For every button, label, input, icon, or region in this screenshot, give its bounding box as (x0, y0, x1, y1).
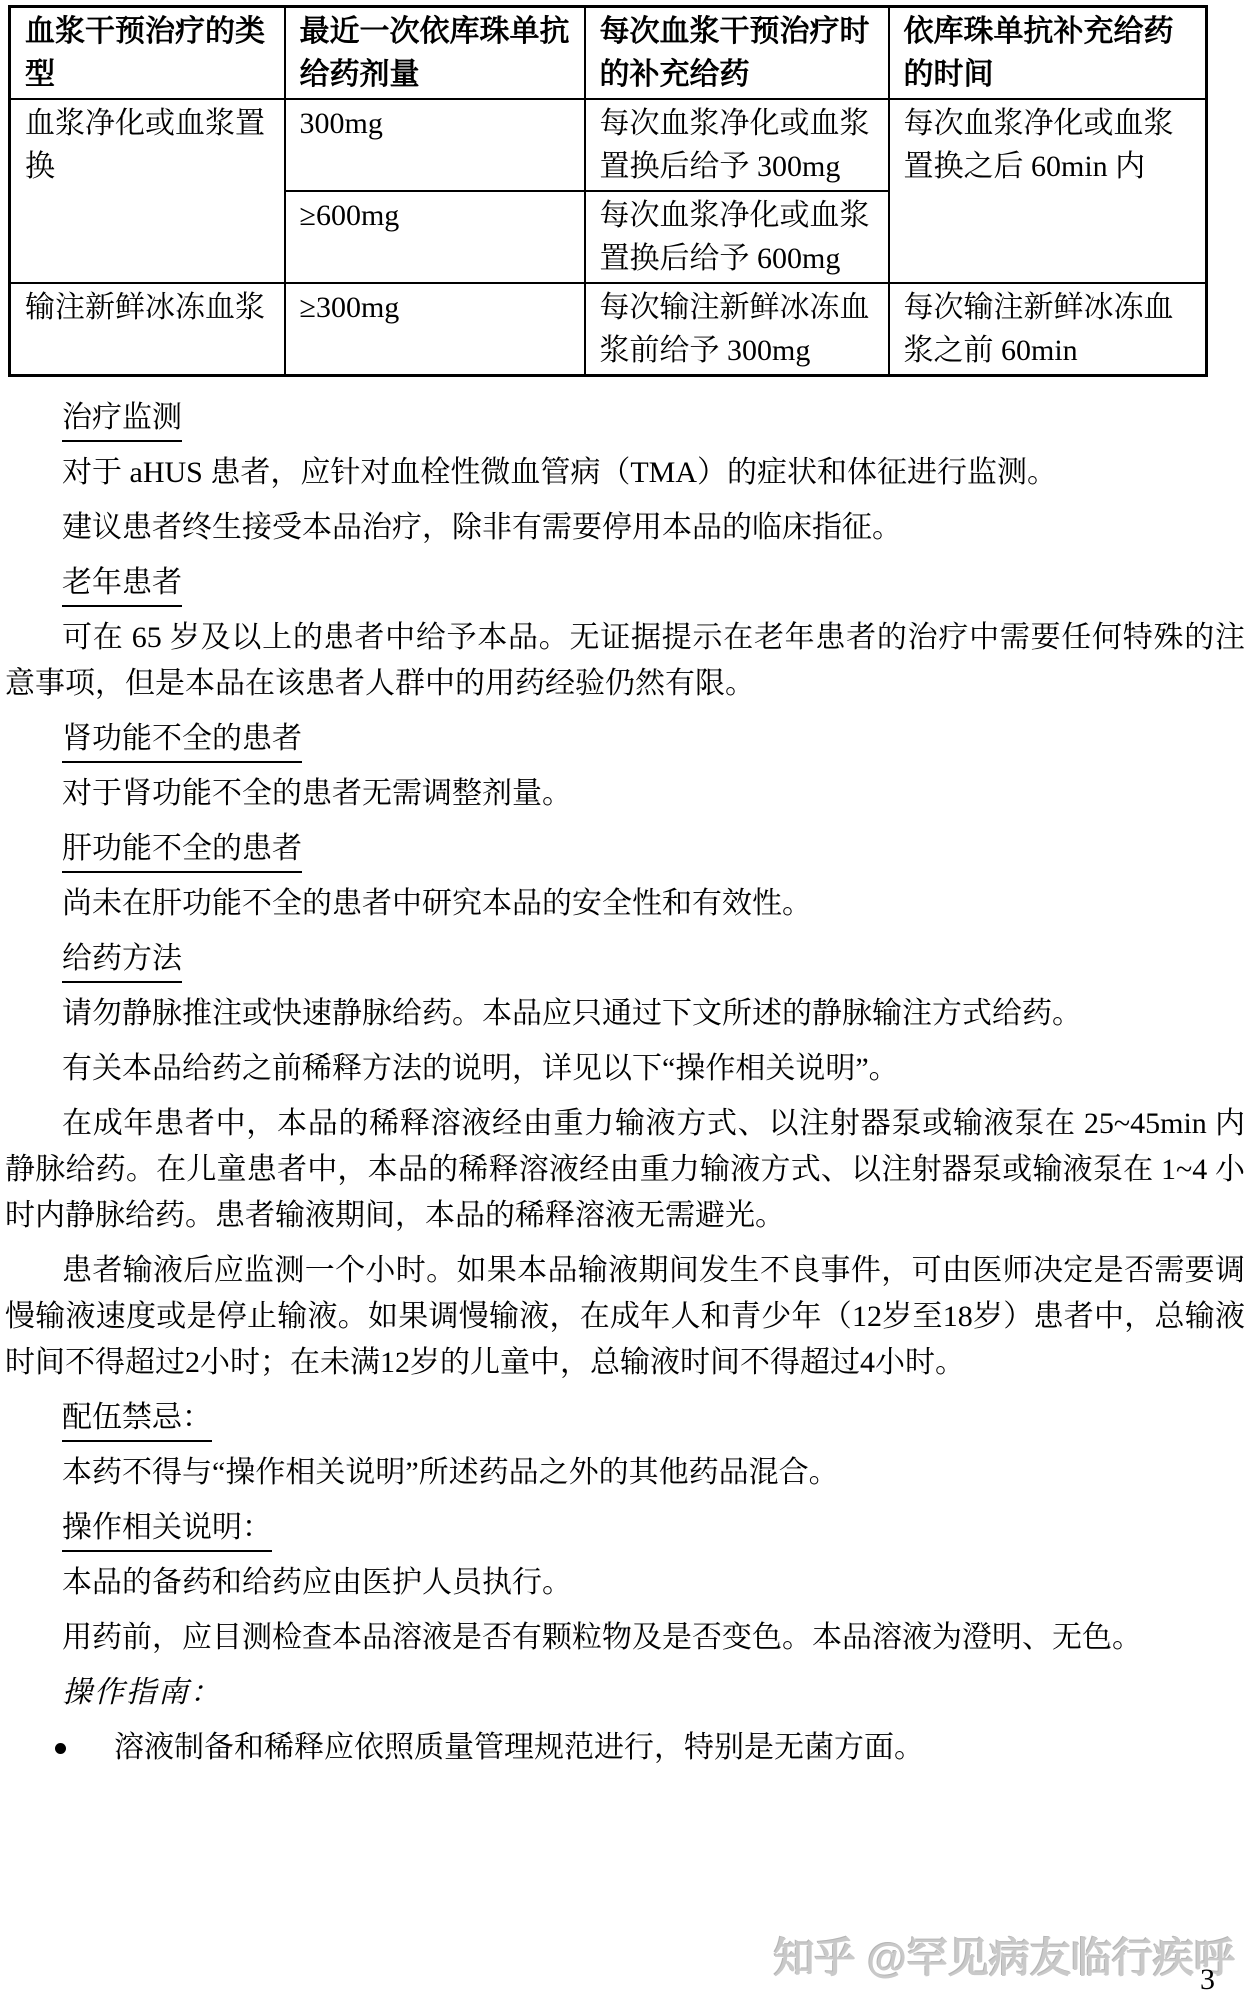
section-heading-administration-method: 给药方法 (5, 936, 1245, 982)
table-cell-supplement-300: 每次血浆净化或血浆置换后给予 300mg (585, 99, 889, 191)
section-heading-hepatic-impairment: 肝功能不全的患者 (5, 826, 1245, 872)
paragraph-infusion-duration: 在成年患者中，本品的稀释溶液经由重力输液方式、以注射器泵或输液泵在 25~45m… (5, 1101, 1245, 1239)
bullet-item: 溶液制备和稀释应依照质量管理规范进行，特别是无菌方面。 (5, 1725, 1245, 1771)
table-header-supplement: 每次血浆干预治疗时的补充给药 (585, 7, 889, 100)
bullet-icon (55, 1743, 66, 1754)
table-cell-dose-600: ≥600mg (285, 191, 585, 283)
dosing-table: 血浆干预治疗的类型 最近一次依库珠单抗给药剂量 每次血浆干预治疗时的补充给药 依… (8, 5, 1208, 377)
paragraph-lifelong-treatment: 建议患者终生接受本品治疗，除非有需要停用本品的临床指征。 (5, 505, 1245, 551)
table-cell-supplement-600: 每次血浆净化或血浆置换后给予 600mg (585, 191, 889, 283)
paragraph-elderly: 可在 65 岁及以上的患者中给予本品。无证据提示在老年患者的治疗中需要任何特殊的… (5, 615, 1245, 707)
paragraph-visual-inspection: 用药前，应目测检查本品溶液是否有颗粒物及是否变色。本品溶液为澄明、无色。 (5, 1615, 1245, 1661)
section-heading-renal-impairment: 肾功能不全的患者 (5, 716, 1245, 762)
paragraph-hepatic: 尚未在肝功能不全的患者中研究本品的安全性和有效性。 (5, 881, 1245, 927)
page-number: 3 (1200, 1963, 1215, 1997)
document-page: 血浆干预治疗的类型 最近一次依库珠单抗给药剂量 每次血浆干预治疗时的补充给药 依… (0, 0, 1250, 2008)
paragraph-no-iv-push: 请勿静脉推注或快速静脉给药。本品应只通过下文所述的静脉输注方式给药。 (5, 991, 1245, 1037)
paragraph-no-mixing: 本药不得与“操作相关说明”所述药品之外的其他药品混合。 (5, 1450, 1245, 1496)
bullet-text: 溶液制备和稀释应依照质量管理规范进行，特别是无菌方面。 (114, 1731, 924, 1764)
section-heading-incompatibilities: 配伍禁忌： (5, 1395, 1245, 1441)
table-cell-supplement-ffp: 每次输注新鲜冰冻血浆前给予 300mg (585, 283, 889, 376)
section-heading-treatment-monitoring: 治疗监测 (5, 395, 1245, 441)
table-cell-type-plasmapheresis: 血浆净化或血浆置换 (10, 99, 285, 283)
table-cell-dose-300: 300mg (285, 99, 585, 191)
table-cell-timing-ffp: 每次输注新鲜冰冻血浆之前 60min (889, 283, 1207, 376)
table-cell-timing-60min: 每次血浆净化或血浆置换之后 60min 内 (889, 99, 1207, 283)
paragraph-post-infusion-monitoring: 患者输液后应监测一个小时。如果本品输液期间发生不良事件，可由医师决定是否需要调慢… (5, 1248, 1245, 1386)
watermark: 知乎 @罕见病友临行疾呼 (774, 1925, 1235, 1984)
document-body: 治疗监测 对于 aHUS 患者，应针对血栓性微血管病（TMA）的症状和体征进行监… (0, 395, 1250, 1771)
paragraph-ahus-monitoring: 对于 aHUS 患者，应针对血栓性微血管病（TMA）的症状和体征进行监测。 (5, 450, 1245, 496)
paragraph-dilution-reference: 有关本品给药之前稀释方法的说明，详见以下“操作相关说明”。 (5, 1046, 1245, 1092)
paragraph-healthcare-professional: 本品的备药和给药应由医护人员执行。 (5, 1560, 1245, 1606)
paragraph-renal: 对于肾功能不全的患者无需调整剂量。 (5, 771, 1245, 817)
section-heading-operation-guide: 操作指南： (5, 1670, 1245, 1716)
table-cell-type-ffp: 输注新鲜冰冻血浆 (10, 283, 285, 376)
table-cell-dose-ffp: ≥300mg (285, 283, 585, 376)
table-header-plasma-type: 血浆干预治疗的类型 (10, 7, 285, 100)
section-heading-handling-instructions: 操作相关说明： (5, 1505, 1245, 1551)
table-header-timing: 依库珠单抗补充给药的时间 (889, 7, 1207, 100)
table-header-last-dose: 最近一次依库珠单抗给药剂量 (285, 7, 585, 100)
section-heading-elderly-patients: 老年患者 (5, 560, 1245, 606)
